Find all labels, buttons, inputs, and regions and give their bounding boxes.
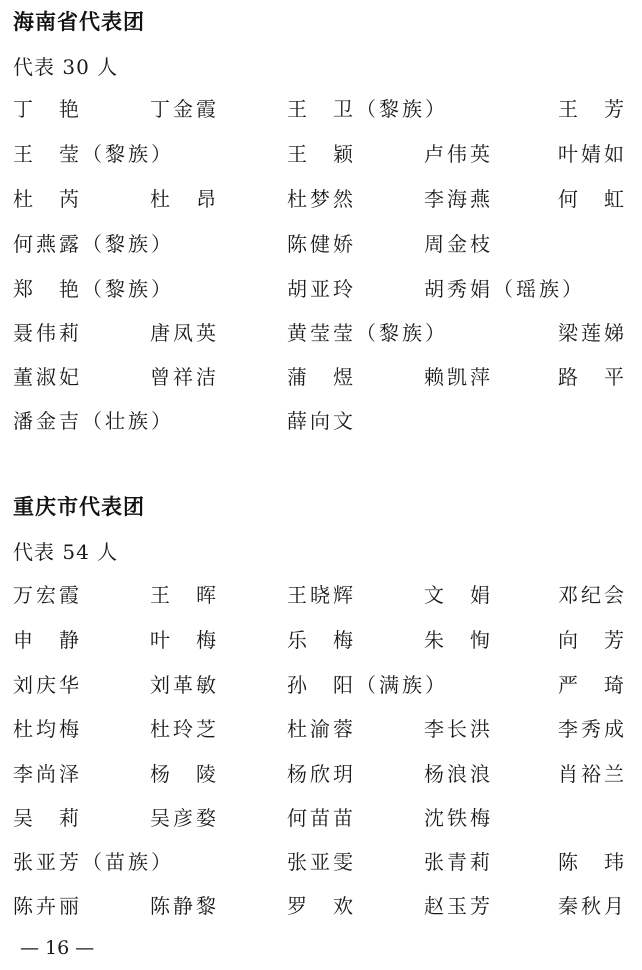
delegate-name: 蒲 煜 xyxy=(287,362,356,392)
delegate-name: 张亚雯 xyxy=(287,847,356,877)
delegate-name: 潘金吉（壮族） xyxy=(13,406,174,436)
delegate-name: 黄莹莹（黎族） xyxy=(287,318,448,348)
delegate-name: 杨欣玥 xyxy=(287,759,356,789)
name-row: 丁 艳 丁金霞 王 卫（黎族） 王 芳 xyxy=(0,94,642,124)
delegate-name: 肖裕兰 xyxy=(558,759,627,789)
name-row: 杜 芮 杜 昂 杜梦然 李海燕 何 虹 xyxy=(0,184,642,214)
name-row: 郑 艳（黎族） 胡亚玲 胡秀娟（瑶族） xyxy=(0,274,642,304)
name-row: 刘庆华 刘革敏 孙 阳（满族） 严 琦 xyxy=(0,670,642,700)
delegate-name: 乐 梅 xyxy=(287,625,356,655)
delegate-name: 薛向文 xyxy=(287,406,356,436)
delegate-name: 胡亚玲 xyxy=(287,274,356,304)
delegate-name: 何 虹 xyxy=(558,184,627,214)
delegate-name: 孙 阳（满族） xyxy=(287,670,448,700)
delegate-name: 严 琦 xyxy=(558,670,627,700)
delegate-name: 董淑妃 xyxy=(13,362,82,392)
delegate-name: 王晓辉 xyxy=(287,580,356,610)
name-row: 陈卉丽 陈静黎 罗 欢 赵玉芳 秦秋月 xyxy=(0,891,642,921)
section-title-chongqing: 重庆市代表团 xyxy=(13,493,145,521)
delegate-name: 王 卫（黎族） xyxy=(287,94,448,124)
delegate-name: 叶婧如 xyxy=(558,139,627,169)
delegate-name: 吴彦婺 xyxy=(150,803,219,833)
delegate-name: 杜 芮 xyxy=(13,184,82,214)
delegate-name: 向 芳 xyxy=(558,625,627,655)
name-row: 董淑妃 曾祥洁 蒲 煜 赖凯萍 路 平 xyxy=(0,362,642,392)
delegate-name: 周金枝 xyxy=(424,229,493,259)
delegate-name: 杨 陵 xyxy=(150,759,219,789)
delegate-name: 唐凤英 xyxy=(150,318,219,348)
delegate-name: 王 莹（黎族） xyxy=(13,139,174,169)
name-row: 聂伟莉 唐凤英 黄莹莹（黎族） 梁莲娣 xyxy=(0,318,642,348)
delegate-name: 丁 艳 xyxy=(13,94,82,124)
name-row: 吴 莉 吴彦婺 何苗苗 沈铁梅 xyxy=(0,803,642,833)
delegate-name: 陈 玮 xyxy=(558,847,627,877)
delegate-name: 叶 梅 xyxy=(150,625,219,655)
name-row: 李尚泽 杨 陵 杨欣玥 杨浪浪 肖裕兰 xyxy=(0,759,642,789)
delegate-name: 杜 昂 xyxy=(150,184,219,214)
name-row: 万宏霞 王 晖 王晓辉 文 娟 邓纪会 xyxy=(0,580,642,610)
delegate-name: 罗 欢 xyxy=(287,891,356,921)
name-row: 何燕露（黎族） 陈健娇 周金枝 xyxy=(0,229,642,259)
delegate-name: 申 静 xyxy=(13,625,82,655)
name-row: 王 莹（黎族） 王 颖 卢伟英 叶婧如 xyxy=(0,139,642,169)
name-row: 潘金吉（壮族） 薛向文 xyxy=(0,406,642,436)
name-row: 申 静 叶 梅 乐 梅 朱 恂 向 芳 xyxy=(0,625,642,655)
delegate-count-chongqing: 代表 54 人 xyxy=(13,538,118,566)
delegate-name: 聂伟莉 xyxy=(13,318,82,348)
delegate-name: 吴 莉 xyxy=(13,803,82,833)
delegate-count-hainan: 代表 30 人 xyxy=(13,53,118,81)
delegate-name: 杨浪浪 xyxy=(424,759,493,789)
name-row: 张亚芳（苗族） 张亚雯 张青莉 陈 玮 xyxy=(0,847,642,877)
delegate-name: 杜玲芝 xyxy=(150,714,219,744)
delegate-name: 杜渝蓉 xyxy=(287,714,356,744)
delegate-name: 朱 恂 xyxy=(424,625,493,655)
delegate-name: 李长洪 xyxy=(424,714,493,744)
delegate-name: 何苗苗 xyxy=(287,803,356,833)
delegate-name: 梁莲娣 xyxy=(558,318,627,348)
delegate-name: 王 晖 xyxy=(150,580,219,610)
delegate-name: 杜梦然 xyxy=(287,184,356,214)
delegate-name: 张青莉 xyxy=(424,847,493,877)
delegate-name: 王 颖 xyxy=(287,139,356,169)
delegate-name: 邓纪会 xyxy=(558,580,627,610)
delegate-name: 赵玉芳 xyxy=(424,891,493,921)
delegate-name: 刘庆华 xyxy=(13,670,82,700)
delegate-name: 陈静黎 xyxy=(150,891,219,921)
document-page: 海南省代表团 代表 30 人 丁 艳 丁金霞 王 卫（黎族） 王 芳 王 莹（黎… xyxy=(0,0,642,970)
delegate-name: 刘革敏 xyxy=(150,670,219,700)
delegate-name: 万宏霞 xyxy=(13,580,82,610)
delegate-name: 文 娟 xyxy=(424,580,493,610)
delegate-name: 卢伟英 xyxy=(424,139,493,169)
delegate-name: 沈铁梅 xyxy=(424,803,493,833)
delegate-name: 秦秋月 xyxy=(558,891,627,921)
delegate-name: 张亚芳（苗族） xyxy=(13,847,174,877)
delegate-name: 路 平 xyxy=(558,362,627,392)
page-number: — 16 — xyxy=(20,936,94,960)
delegate-name: 何燕露（黎族） xyxy=(13,229,174,259)
name-row: 杜均梅 杜玲芝 杜渝蓉 李长洪 李秀成 xyxy=(0,714,642,744)
delegate-name: 陈卉丽 xyxy=(13,891,82,921)
delegate-name: 李海燕 xyxy=(424,184,493,214)
delegate-name: 郑 艳（黎族） xyxy=(13,274,174,304)
delegate-name: 杜均梅 xyxy=(13,714,82,744)
delegate-name: 丁金霞 xyxy=(150,94,219,124)
section-title-hainan: 海南省代表团 xyxy=(13,8,145,36)
delegate-name: 曾祥洁 xyxy=(150,362,219,392)
delegate-name: 赖凯萍 xyxy=(424,362,493,392)
delegate-name: 李尚泽 xyxy=(13,759,82,789)
delegate-name: 王 芳 xyxy=(558,94,627,124)
delegate-name: 陈健娇 xyxy=(287,229,356,259)
delegate-name: 李秀成 xyxy=(558,714,627,744)
delegate-name: 胡秀娟（瑶族） xyxy=(424,274,585,304)
